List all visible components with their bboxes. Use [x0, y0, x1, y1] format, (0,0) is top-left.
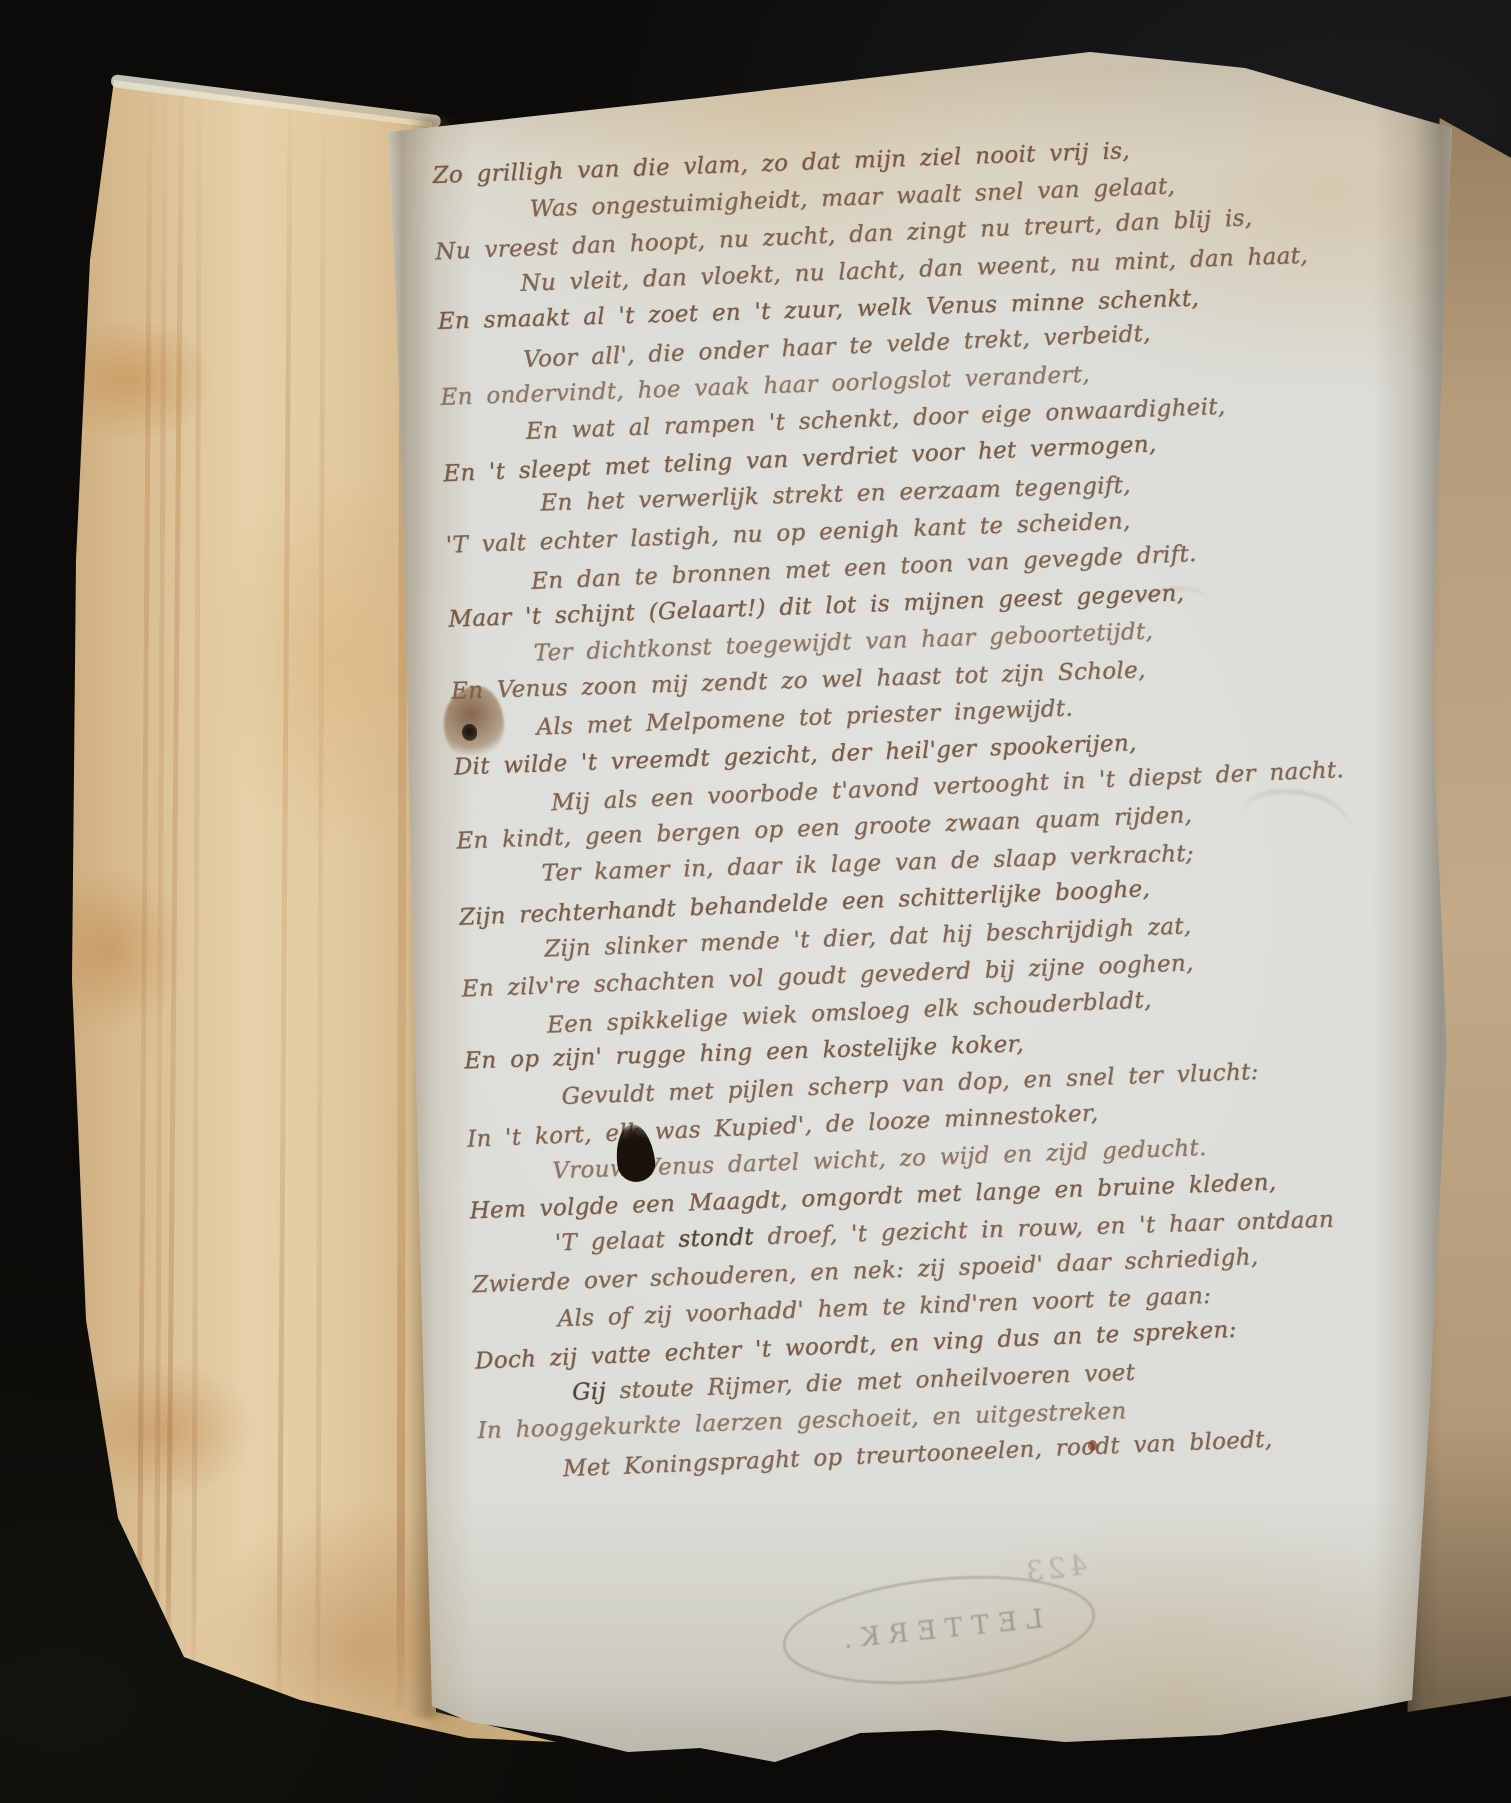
page-crease-line: [191, 90, 202, 1710]
photo-black-backdrop: Zo grilligh van die vlam, zo dat mijn zi…: [0, 0, 1511, 1803]
page-crease-line: [315, 90, 326, 1710]
retraced-word: Gij: [572, 1379, 607, 1406]
page-crease-line: [154, 90, 167, 1710]
stamp-text: LETTERK.: [833, 1604, 1045, 1656]
page-crease-line: [165, 90, 184, 1710]
show-through-stroke: [1236, 783, 1354, 862]
handwritten-text-block: Zo grilligh van die vlam, zo dat mijn zi…: [432, 130, 1269, 1489]
stamp-number-showthrough: 423: [1020, 1548, 1089, 1589]
fox-spot: [1088, 1440, 1097, 1451]
page-crease-line: [136, 90, 152, 1710]
ink-stain-dot: [462, 724, 477, 741]
page-crease-line: [276, 90, 292, 1710]
retraced-word: stondt: [678, 1224, 754, 1252]
